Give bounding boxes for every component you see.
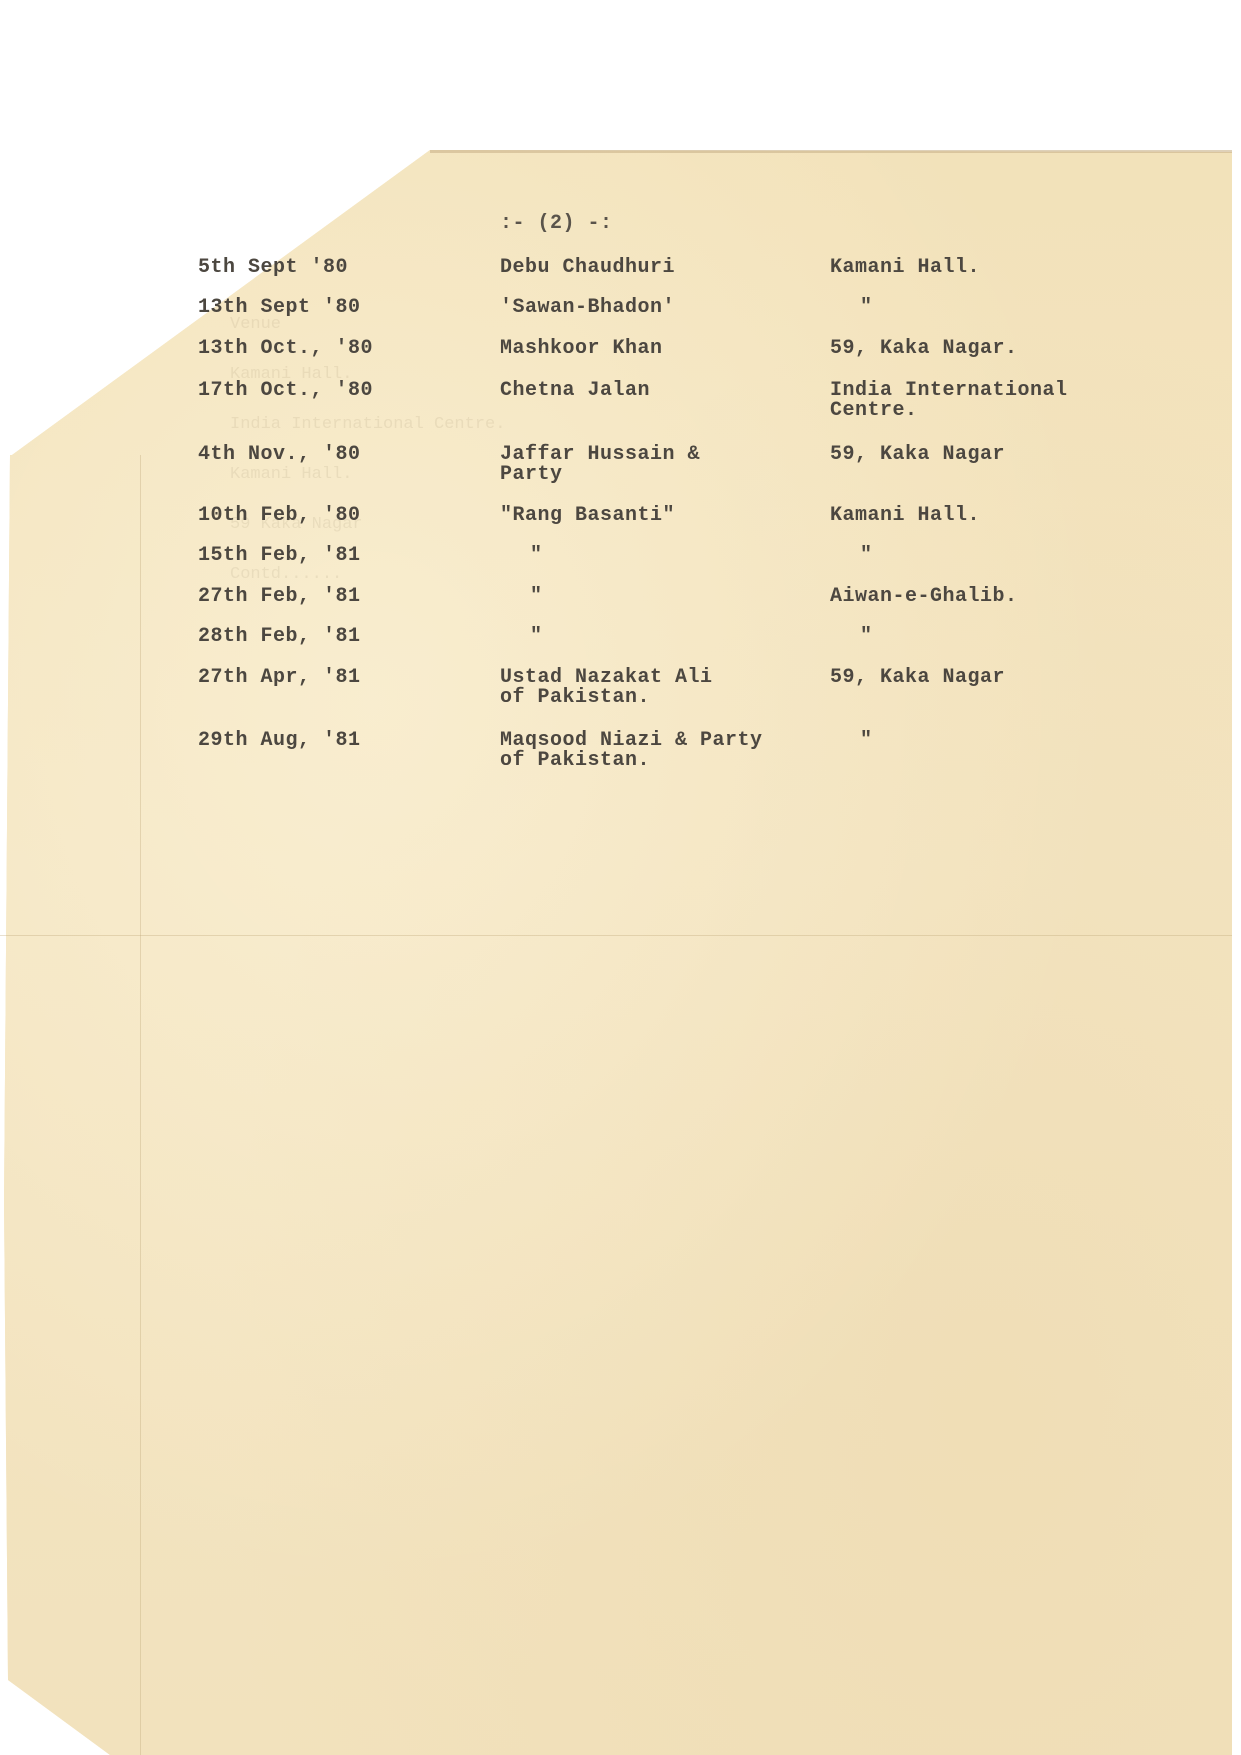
venue-cell: 59, Kaka Nagar bbox=[830, 445, 1005, 465]
date-cell: 13th Sept '80 bbox=[198, 298, 361, 318]
venue-cell: " bbox=[830, 731, 873, 751]
venue-cell: " bbox=[830, 298, 873, 318]
date-cell: 15th Feb, '81 bbox=[198, 546, 361, 566]
performer-cell: Jaffar Hussain & Party bbox=[500, 445, 700, 485]
venue-cell: " bbox=[830, 546, 873, 566]
date-cell: 29th Aug, '81 bbox=[198, 731, 361, 751]
performer-cell: Ustad Nazakat Ali of Pakistan. bbox=[500, 668, 713, 708]
venue-cell: " bbox=[830, 627, 873, 647]
venue-cell: India International Centre. bbox=[830, 381, 1068, 421]
date-cell: 10th Feb, '80 bbox=[198, 506, 361, 526]
performer-cell: 'Sawan-Bhadon' bbox=[500, 298, 675, 318]
date-cell: 27th Feb, '81 bbox=[198, 587, 361, 607]
performer-cell: Mashkoor Khan bbox=[500, 339, 663, 359]
date-cell: 27th Apr, '81 bbox=[198, 668, 361, 688]
performer-cell: Maqsood Niazi & Party of Pakistan. bbox=[500, 731, 763, 771]
venue-cell: Aiwan-e-Ghalib. bbox=[830, 587, 1018, 607]
performer-cell: " bbox=[500, 546, 543, 566]
venue-cell: Kamani Hall. bbox=[830, 506, 980, 526]
performer-cell: " bbox=[500, 587, 543, 607]
performer-cell: Debu Chaudhuri bbox=[500, 258, 675, 278]
date-cell: 28th Feb, '81 bbox=[198, 627, 361, 647]
venue-cell: 59, Kaka Nagar. bbox=[830, 339, 1018, 359]
performer-cell: "Rang Basanti" bbox=[500, 506, 675, 526]
date-cell: 17th Oct., '80 bbox=[198, 381, 373, 401]
performer-cell: Chetna Jalan bbox=[500, 381, 650, 401]
date-cell: 5th Sept '80 bbox=[198, 258, 348, 278]
date-cell: 4th Nov., '80 bbox=[198, 445, 361, 465]
performer-cell: " bbox=[500, 627, 543, 647]
date-cell: 13th Oct., '80 bbox=[198, 339, 373, 359]
page-number-marker: :- (2) -: bbox=[500, 212, 613, 235]
venue-cell: 59, Kaka Nagar bbox=[830, 668, 1005, 688]
venue-cell: Kamani Hall. bbox=[830, 258, 980, 278]
typed-document: :- (2) -: 5th Sept '80Debu ChaudhuriKama… bbox=[0, 0, 1241, 1755]
